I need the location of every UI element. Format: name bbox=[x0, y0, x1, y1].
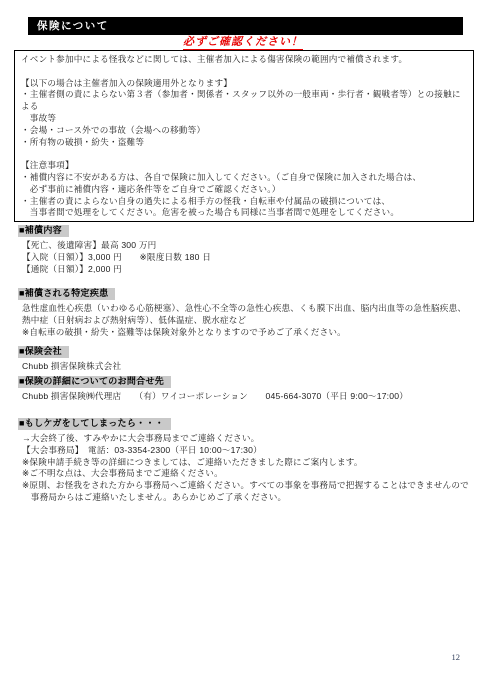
body-line: 【入院（日額）】3,000 円 ※限度日数 180 日 bbox=[22, 252, 474, 264]
section-compensation-details: ■補償内容 【死亡、後遺障害】最高 300 万円 【入院（日額）】3,000 円… bbox=[18, 220, 474, 275]
notice-line bbox=[21, 66, 467, 78]
section-body: →大会終了後、すみやかに大会事務局までご連絡ください。 【大会事務局】 電話：0… bbox=[22, 433, 474, 504]
page-number: 12 bbox=[452, 652, 461, 662]
section-heading: ■補償される特定疾患 bbox=[18, 288, 115, 300]
insurance-notice-box: イベント参加中による怪我などに関しては、主催者加入による傷害保険の範囲内で補償さ… bbox=[14, 50, 474, 222]
section-heading: ■補償内容 bbox=[18, 225, 69, 237]
page-title: 保険について bbox=[37, 20, 109, 32]
notice-line: ・会場・コース外での事故（会場への移動等） bbox=[21, 125, 467, 137]
section-covered-diseases: ■補償される特定疾患 急性虚血性心疾患（いわゆる心筋梗塞）、急性心不全等の急性心… bbox=[18, 283, 474, 338]
section-heading: ■保険の詳細についてのお問合せ先 bbox=[18, 376, 171, 388]
body-line: ※原則、お怪我をされた方から事務局へご連絡ください。すべての事象を事務局で把握す… bbox=[22, 480, 474, 492]
body-line: 急性虚血性心疾患（いわゆる心筋梗塞）、急性心不全等の急性心疾患、くも膜下出血、脳… bbox=[22, 303, 474, 315]
notice-line: ・所有物の破損・紛失・盗難等 bbox=[21, 137, 467, 149]
section-heading: ■もしケガをしてしまったら・・・ bbox=[18, 418, 171, 430]
notice-line: 当事者間で処理をしてください。危害を被った場合も同様に当事者間で処理をしてくださ… bbox=[21, 207, 467, 219]
notice-line: 事故等 bbox=[21, 113, 467, 125]
body-line: 熱中症（日射病および熱射病等）、低体温症、脱水症など bbox=[22, 315, 474, 327]
notice-line: ・補償内容に不安がある方は、各自で保険に加入してください。（ご自身で保険に加入さ… bbox=[21, 172, 467, 184]
section-heading: ■保険会社 bbox=[18, 346, 69, 358]
notice-line: イベント参加中による怪我などに関しては、主催者加入による傷害保険の範囲内で補償さ… bbox=[21, 54, 467, 66]
alert-row: 必ずご確認ください！ bbox=[0, 32, 486, 50]
body-line: 【死亡、後遺障害】最高 300 万円 bbox=[22, 240, 474, 252]
body-line: 事務局からはご連絡いたしません。あらかじめご了承ください。 bbox=[22, 492, 474, 504]
body-line: 【通院（日額）】2,000 円 bbox=[22, 264, 474, 276]
alert-text: 必ずご確認ください！ bbox=[183, 33, 303, 50]
notice-line: 【注意事項】 bbox=[21, 160, 467, 172]
section-body: 【死亡、後遺障害】最高 300 万円 【入院（日額）】3,000 円 ※限度日数… bbox=[22, 240, 474, 275]
section-body: 急性虚血性心疾患（いわゆる心筋梗塞）、急性心不全等の急性心疾患、くも膜下出血、脳… bbox=[22, 303, 474, 338]
body-line: 【大会事務局】 電話：03-3354-2300（平日 10:00～17:30） bbox=[22, 445, 474, 457]
section-inquiry-contact: ■保険の詳細についてのお問合せ先 Chubb 損害保険㈱代理店 （有）ワイコーポ… bbox=[18, 371, 474, 403]
body-line: ※保険申請手続き等の詳細につきましては、ご連絡いただきました際にご案内します。 bbox=[22, 457, 474, 469]
section-body: Chubb 損害保険㈱代理店 （有）ワイコーポレーション 045-664-307… bbox=[22, 391, 474, 403]
notice-line: 【以下の場合は主催者加入の保険適用外となります】 bbox=[21, 78, 467, 90]
notice-line: ・主催者側の責によらない第３者（参加者・関係者・スタッフ以外の一般車両・歩行者・… bbox=[21, 89, 467, 113]
body-line: →大会終了後、すみやかに大会事務局までご連絡ください。 bbox=[22, 433, 474, 445]
body-line: Chubb 損害保険㈱代理店 （有）ワイコーポレーション 045-664-307… bbox=[22, 391, 474, 403]
body-line: ※ご不明な点は、大会事務局までご連絡ください。 bbox=[22, 468, 474, 480]
notice-line: 必ず事前に補償内容・適応条件等をご自身でご確認ください。） bbox=[21, 184, 467, 196]
document-page: 保険について 必ずご確認ください！ イベント参加中による怪我などに関しては、主催… bbox=[0, 0, 486, 680]
section-if-injured: ■もしケガをしてしまったら・・・ →大会終了後、すみやかに大会事務局までご連絡く… bbox=[18, 413, 474, 504]
section-insurance-company: ■保険会社 Chubb 損害保険株式会社 bbox=[18, 341, 474, 373]
notice-line: ・主催者の責によらない自身の過失による相手方の怪我・自転車や付属品の破損について… bbox=[21, 196, 467, 208]
body-line: ※自転車の破損・紛失・盗難等は保険対象外となりますので予めご了承ください。 bbox=[22, 327, 474, 339]
notice-line bbox=[21, 148, 467, 160]
